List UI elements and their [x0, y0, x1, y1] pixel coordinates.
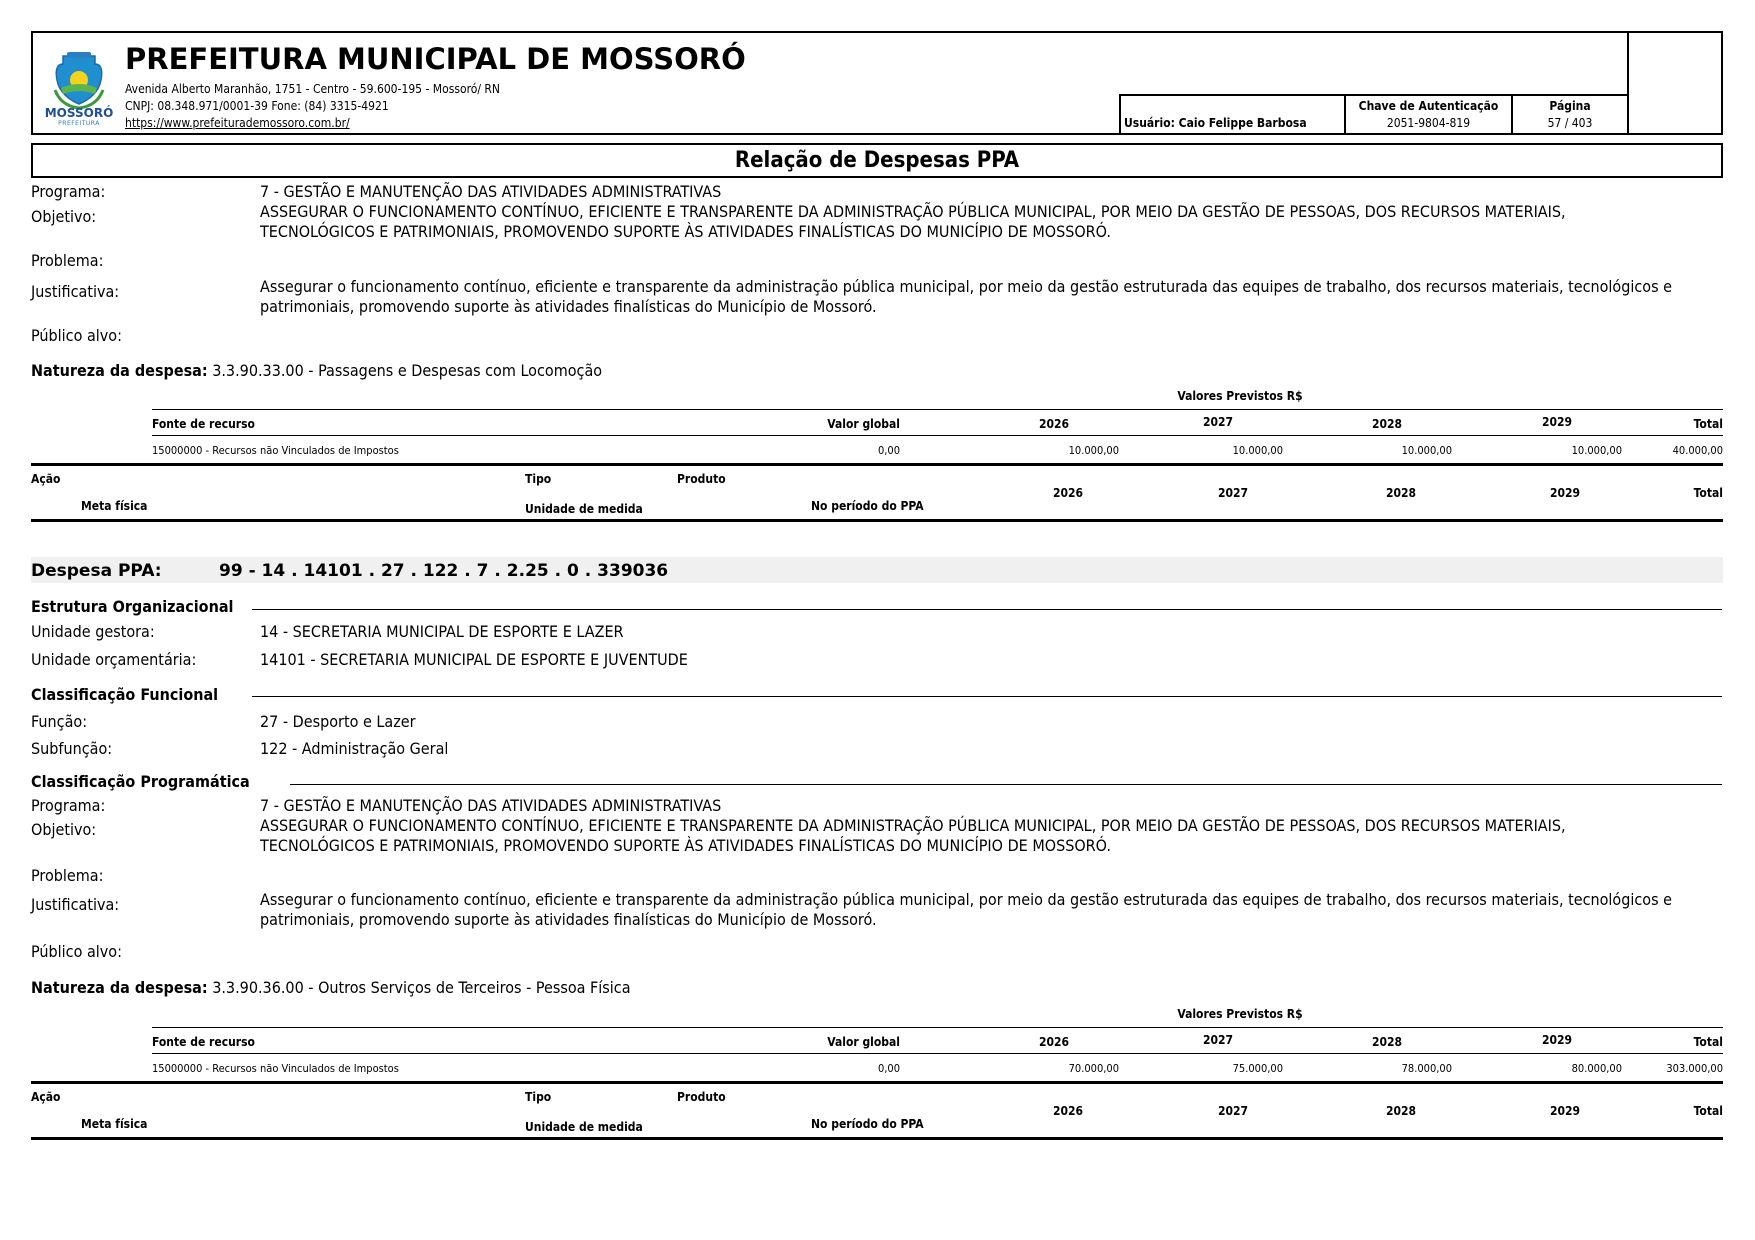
tipo-header: Tipo [525, 472, 551, 486]
natureza-despesa-1: Natureza da despesa: 3.3.90.33.00 - Pass… [31, 361, 602, 380]
mossoro-logo: MOSSORÓ PREFEITURA [41, 50, 117, 130]
meta-year-header-2027: 2027 [1148, 1104, 1248, 1118]
total-header: Total [1600, 417, 1723, 431]
org-contact: CNPJ: 08.348.971/0001-39 Fone: (84) 3315… [125, 99, 389, 113]
problema-label: Problema: [31, 866, 103, 885]
valor-global-cell: 0,00 [700, 444, 900, 457]
justificativa-label: Justificativa: [31, 282, 119, 301]
section-divider [252, 696, 1722, 697]
programa-value: 7 - GESTÃO E MANUTENÇÃO DAS ATIVIDADES A… [260, 796, 721, 815]
unidade-medida-header: Unidade de medida [525, 502, 643, 516]
year-header-2027: 2027 [1158, 1033, 1278, 1047]
no-periodo-header: No período do PPA [811, 499, 924, 513]
natureza-despesa-2: Natureza da despesa: 3.3.90.36.00 - Outr… [31, 978, 631, 997]
estrutura-organizacional-heading: Estrutura Organizacional [31, 597, 233, 616]
header-divider [1627, 31, 1629, 135]
page-number: 57 / 403 [1513, 116, 1627, 130]
year-header-2029: 2029 [1497, 415, 1617, 429]
user-label: Usuário: Caio Felippe Barbosa [1124, 116, 1307, 130]
meta-year-header-2029: 2029 [1480, 1104, 1580, 1118]
natureza-label: Natureza da despesa: [31, 978, 208, 997]
objetivo-value-line1: ASSEGURAR O FUNCIONAMENTO CONTÍNUO, EFIC… [260, 816, 1566, 835]
meta-fisica-header: Meta física [81, 1117, 147, 1131]
year-header-2029: 2029 [1497, 1033, 1617, 1047]
produto-header: Produto [677, 472, 726, 486]
table-rule [152, 1027, 1723, 1028]
unidade-gestora-label: Unidade gestora: [31, 622, 155, 641]
user-box: Usuário: Caio Felippe Barbosa [1119, 94, 1346, 135]
logo-text: MOSSORÓ [41, 106, 117, 120]
acao-header: Ação [31, 1090, 60, 1104]
auth-key-value: 2051-9804-819 [1346, 116, 1511, 130]
total-header: Total [1600, 1035, 1723, 1049]
logo-subtext: PREFEITURA [41, 120, 117, 127]
fonte-recurso-header: Fonte de recurso [152, 1035, 255, 1049]
subfuncao-value: 122 - Administração Geral [260, 739, 448, 758]
year-header-2026: 2026 [994, 417, 1114, 431]
subfuncao-label: Subfunção: [31, 739, 112, 758]
objetivo-label: Objetivo: [31, 820, 96, 839]
programa-label: Programa: [31, 182, 105, 201]
meta-year-header-2026: 2026 [983, 486, 1083, 500]
fonte-recurso-cell: 15000000 - Recursos não Vinculados de Im… [152, 1062, 399, 1075]
year-header-2026: 2026 [994, 1035, 1114, 1049]
programa-label: Programa: [31, 796, 105, 815]
programa-value: 7 - GESTÃO E MANUTENÇÃO DAS ATIVIDADES A… [260, 182, 721, 201]
fonte-recurso-cell: 15000000 - Recursos não Vinculados de Im… [152, 444, 399, 457]
unidade-gestora-value: 14 - SECRETARIA MUNICIPAL DE ESPORTE E L… [260, 622, 624, 641]
auth-key-label: Chave de Autenticação [1346, 99, 1511, 113]
year-value-2028: 78.000,00 [1347, 1062, 1452, 1075]
table-thick-rule [31, 463, 1723, 466]
section-divider [290, 784, 1722, 785]
unidade-orcamentaria-label: Unidade orçamentária: [31, 650, 196, 669]
natureza-value: 3.3.90.36.00 - Outros Serviços de Tercei… [212, 978, 630, 997]
year-header-2028: 2028 [1327, 1035, 1447, 1049]
meta-year-header-2029: 2029 [1480, 486, 1580, 500]
justificativa-value-line1: Assegurar o funcionamento contínuo, efic… [260, 890, 1672, 909]
meta-year-header-2026: 2026 [983, 1104, 1083, 1118]
publico-alvo-label: Público alvo: [31, 942, 122, 961]
problema-label: Problema: [31, 251, 103, 270]
year-value-2028: 10.000,00 [1347, 444, 1452, 457]
justificativa-value-line1: Assegurar o funcionamento contínuo, efic… [260, 277, 1672, 296]
acao-header: Ação [31, 472, 60, 486]
meta-total-header: Total [1600, 486, 1723, 500]
funcao-label: Função: [31, 712, 87, 731]
justificativa-value-line2: patrimoniais, promovendo suporte às ativ… [260, 910, 877, 929]
year-value-2027: 75.000,00 [1178, 1062, 1283, 1075]
no-periodo-header: No período do PPA [811, 1117, 924, 1131]
objetivo-label: Objetivo: [31, 207, 96, 226]
unidade-medida-header: Unidade de medida [525, 1120, 643, 1134]
report-title: Relação de Despesas PPA [31, 143, 1723, 178]
year-header-2027: 2027 [1158, 415, 1278, 429]
meta-year-header-2028: 2028 [1316, 486, 1416, 500]
classificacao-funcional-heading: Classificação Funcional [31, 685, 218, 704]
year-value-2026: 70.000,00 [1014, 1062, 1119, 1075]
justificativa-label: Justificativa: [31, 895, 119, 914]
classificacao-programatica-heading: Classificação Programática [31, 772, 250, 791]
page-label: Página [1513, 99, 1627, 113]
despesa-ppa-code: 99 - 14 . 14101 . 27 . 122 . 7 . 2.25 . … [219, 561, 668, 581]
valores-previstos-heading: Valores Previstos R$ [1110, 1007, 1370, 1021]
natureza-value: 3.3.90.33.00 - Passagens e Despesas com … [212, 361, 602, 380]
org-website-link[interactable]: https://www.prefeiturademossoro.com.br/ [125, 116, 350, 130]
org-address: Avenida Alberto Maranhão, 1751 - Centro … [125, 82, 500, 96]
objetivo-value-line1: ASSEGURAR O FUNCIONAMENTO CONTÍNUO, EFIC… [260, 202, 1566, 221]
table-rule [152, 435, 1723, 436]
valor-global-cell: 0,00 [700, 1062, 900, 1075]
funcao-value: 27 - Desporto e Lazer [260, 712, 416, 731]
table-thick-rule [31, 1137, 1723, 1140]
natureza-label: Natureza da despesa: [31, 361, 208, 380]
fonte-recurso-header: Fonte de recurso [152, 417, 255, 431]
objetivo-value-line2: TECNOLÓGICOS E PATRIMONIAIS, PROMOVENDO … [260, 836, 1111, 855]
section-divider [252, 609, 1722, 610]
valores-previstos-heading: Valores Previstos R$ [1110, 389, 1370, 403]
objetivo-value-line2: TECNOLÓGICOS E PATRIMONIAIS, PROMOVENDO … [260, 222, 1111, 241]
table-thick-rule [31, 1081, 1723, 1084]
year-value-2027: 10.000,00 [1178, 444, 1283, 457]
produto-header: Produto [677, 1090, 726, 1104]
valor-global-header: Valor global [700, 417, 900, 431]
page-box: Página 57 / 403 [1511, 94, 1629, 135]
meta-total-header: Total [1600, 1104, 1723, 1118]
unidade-orcamentaria-value: 14101 - SECRETARIA MUNICIPAL DE ESPORTE … [260, 650, 688, 669]
table-thick-rule [31, 519, 1723, 522]
tipo-header: Tipo [525, 1090, 551, 1104]
meta-fisica-header: Meta física [81, 499, 147, 513]
publico-alvo-label: Público alvo: [31, 326, 122, 345]
total-cell: 303.000,00 [1600, 1062, 1723, 1075]
despesa-ppa-label: Despesa PPA: [31, 561, 162, 581]
table-rule [152, 409, 1723, 410]
total-cell: 40.000,00 [1600, 444, 1723, 457]
table-rule [152, 1053, 1723, 1054]
valor-global-header: Valor global [700, 1035, 900, 1049]
year-value-2026: 10.000,00 [1014, 444, 1119, 457]
year-header-2028: 2028 [1327, 417, 1447, 431]
auth-key-box: Chave de Autenticação 2051-9804-819 [1344, 94, 1513, 135]
meta-year-header-2027: 2027 [1148, 486, 1248, 500]
meta-year-header-2028: 2028 [1316, 1104, 1416, 1118]
org-name: PREFEITURA MUNICIPAL DE MOSSORÓ [125, 42, 746, 76]
justificativa-value-line2: patrimoniais, promovendo suporte às ativ… [260, 297, 877, 316]
